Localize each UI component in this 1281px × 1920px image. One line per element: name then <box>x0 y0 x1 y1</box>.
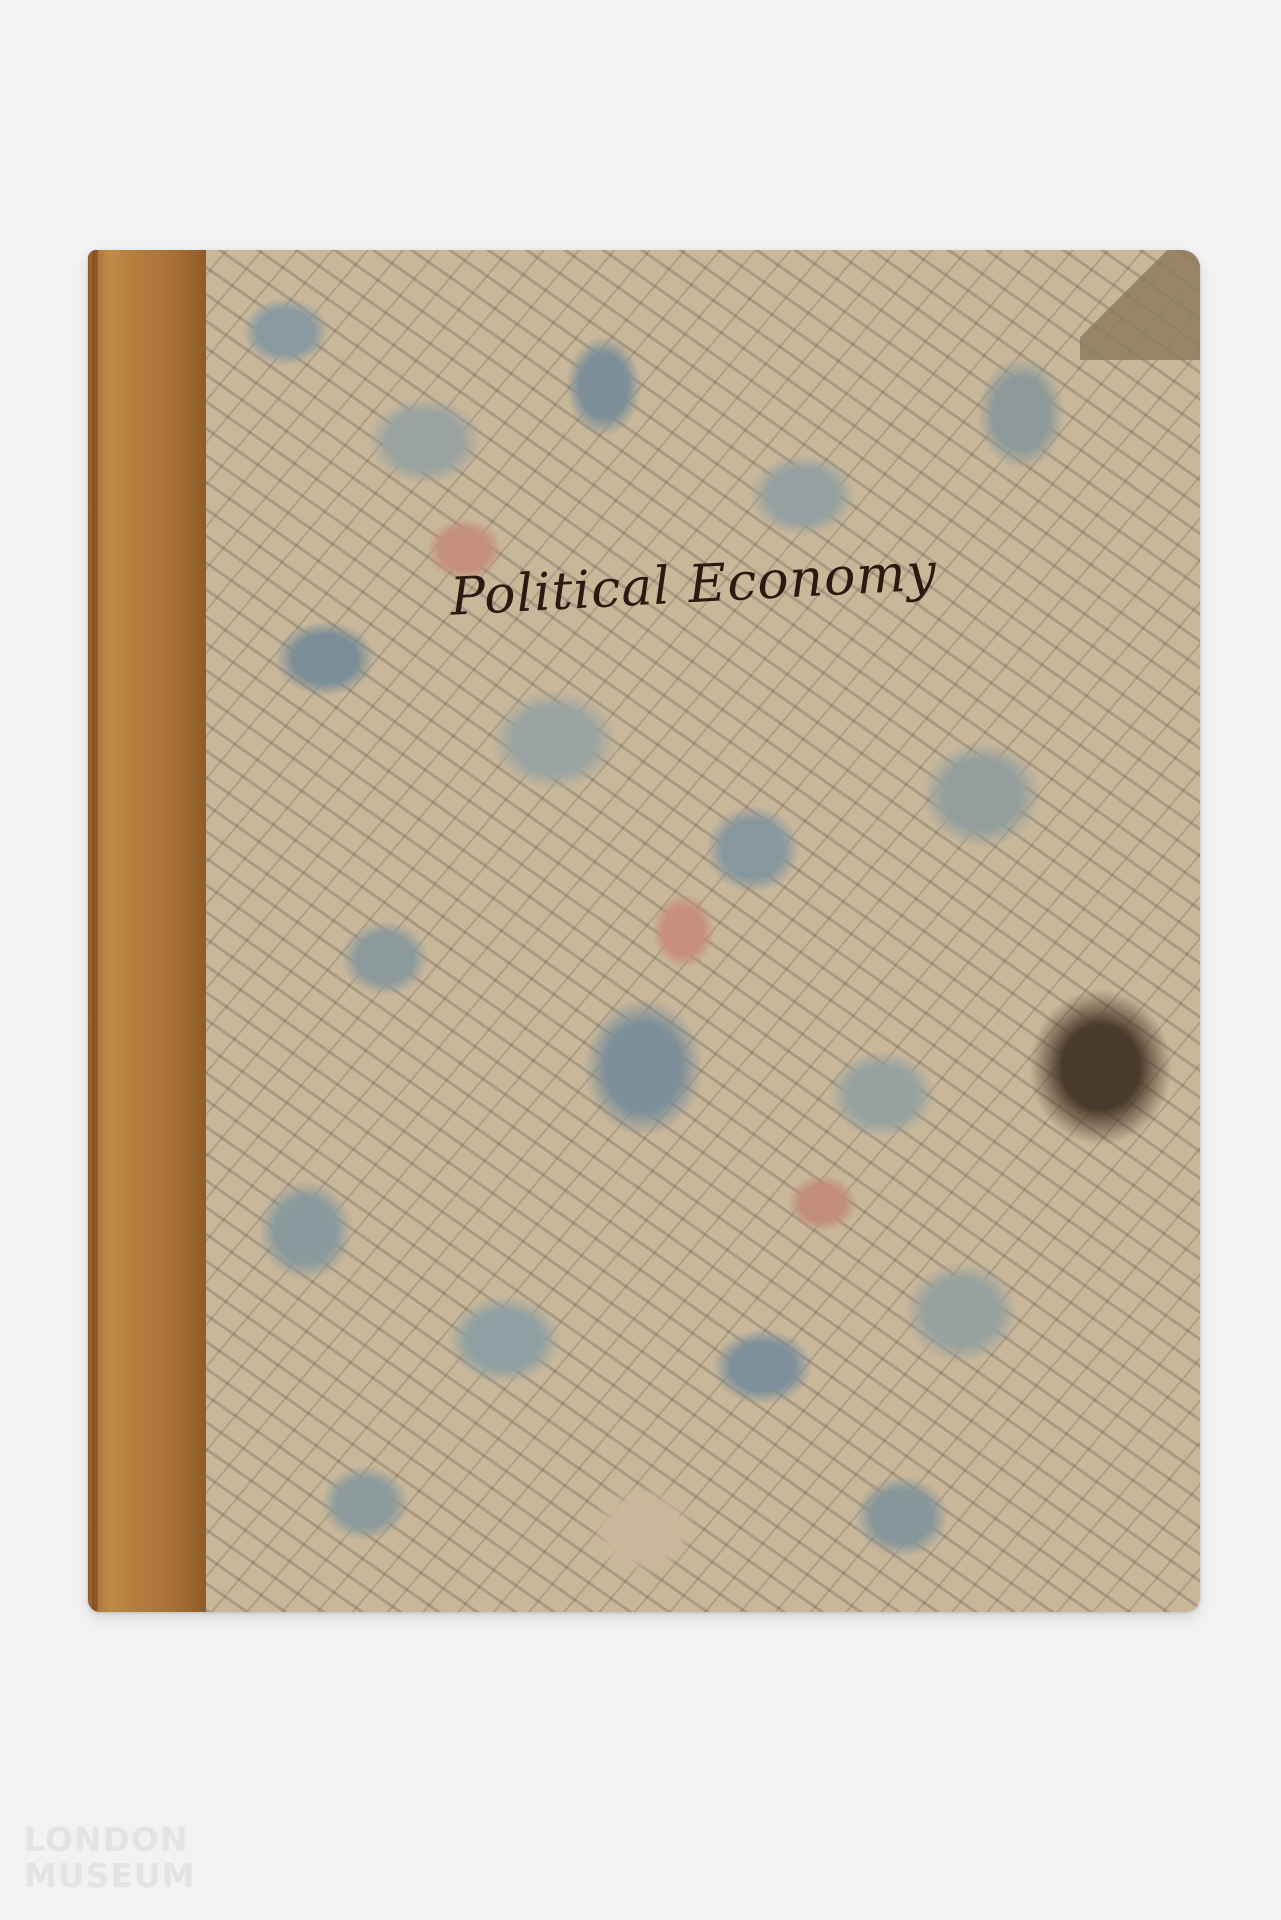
watermark-line-2: MUSEUM <box>24 1858 196 1894</box>
worn-corner <box>1080 250 1200 360</box>
leather-spine <box>88 250 210 1612</box>
london-museum-watermark: LONDON MUSEUM <box>24 1822 196 1894</box>
watermark-line-1: LONDON <box>24 1822 196 1858</box>
marbled-cover <box>206 250 1200 1612</box>
notebook <box>88 250 1200 1612</box>
